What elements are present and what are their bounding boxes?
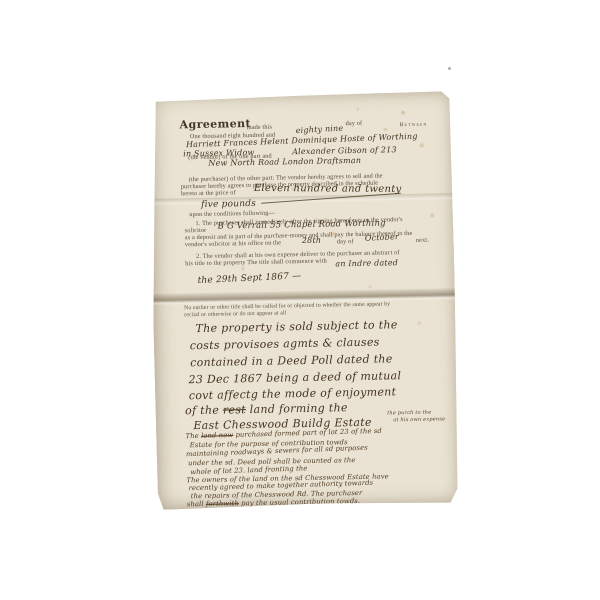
agreement-heading: Agreement bbox=[179, 117, 251, 131]
handwritten-year: eighty nine bbox=[295, 124, 343, 136]
printed-sale-line3: hereto at the price of bbox=[181, 189, 236, 197]
handwritten-memo-line2: costs provisoes agmts & clauses bbox=[190, 336, 380, 353]
photo-background: Agreement made this day of Between One t… bbox=[0, 0, 600, 600]
handwritten-price-line2: five pounds bbox=[201, 199, 256, 210]
memo-line6-strike: rest bbox=[223, 403, 246, 416]
handwritten-memo-line4: 23 Dec 1867 being a deed of mutual bbox=[188, 369, 401, 386]
handwritten-month: October bbox=[365, 232, 400, 243]
amend-line1-strike: land now bbox=[201, 431, 233, 440]
handwritten-indenture-date: the 29th Sept 1867 — bbox=[197, 271, 301, 286]
folded-agreement-document: Agreement made this day of Between One t… bbox=[149, 91, 459, 510]
printed-noearlier-line2: recital or otherwise or do not appear at… bbox=[184, 310, 286, 319]
handwritten-solicitor: B G Verrall 55 Chapel Road Worthing bbox=[217, 218, 385, 231]
handwritten-day: 28th bbox=[302, 236, 322, 245]
printed-made-this: made this bbox=[247, 124, 273, 131]
handwritten-memo-line5: covt affectg the mode of enjoyment bbox=[189, 385, 397, 402]
printed-conditions-line: upon the conditions following— bbox=[189, 210, 275, 219]
printed-clause2-line2: his title to the property The title shal… bbox=[185, 258, 327, 268]
printed-clause1-next: next. bbox=[416, 237, 429, 244]
marginal-note-1: the purch to the bbox=[387, 410, 431, 417]
printed-clause1-line4a: vendor's solicitor at his office on the bbox=[185, 239, 281, 248]
handwritten-memo-line6: of the rest land forming the bbox=[185, 401, 348, 417]
printed-between: Between bbox=[400, 122, 428, 129]
printed-day-of: day of bbox=[346, 120, 363, 127]
printed-clause1-dayof: day of bbox=[337, 238, 354, 245]
handwritten-price-line1: Eleven hundred and twenty bbox=[254, 183, 402, 195]
handwritten-memo-line1: The property is sold subject to the bbox=[195, 318, 397, 335]
handwritten-purchaser-name: Alexander Gibson of 213 bbox=[292, 145, 397, 156]
marginal-note-2: at his own expense bbox=[393, 416, 445, 423]
memo-line6b: land forming the bbox=[250, 401, 348, 416]
handwritten-memo-line3: contained in a Deed Poll dated the bbox=[190, 352, 393, 369]
amend-line9-strike: forthwith bbox=[206, 499, 239, 508]
memo-line6a: of the bbox=[185, 404, 219, 418]
dust-speck bbox=[448, 67, 451, 70]
handwritten-indenture: an Indre dated bbox=[335, 258, 398, 268]
amend-line9b: pay the usual contribution towds. bbox=[241, 497, 360, 507]
printed-noearlier-line1: No earlier or other title shall be calle… bbox=[184, 301, 390, 312]
handwritten-purchaser-address: New North Road London Draftsman bbox=[208, 156, 361, 168]
amend-line1a: The bbox=[185, 432, 198, 440]
amend-line9a: shall bbox=[187, 500, 204, 508]
